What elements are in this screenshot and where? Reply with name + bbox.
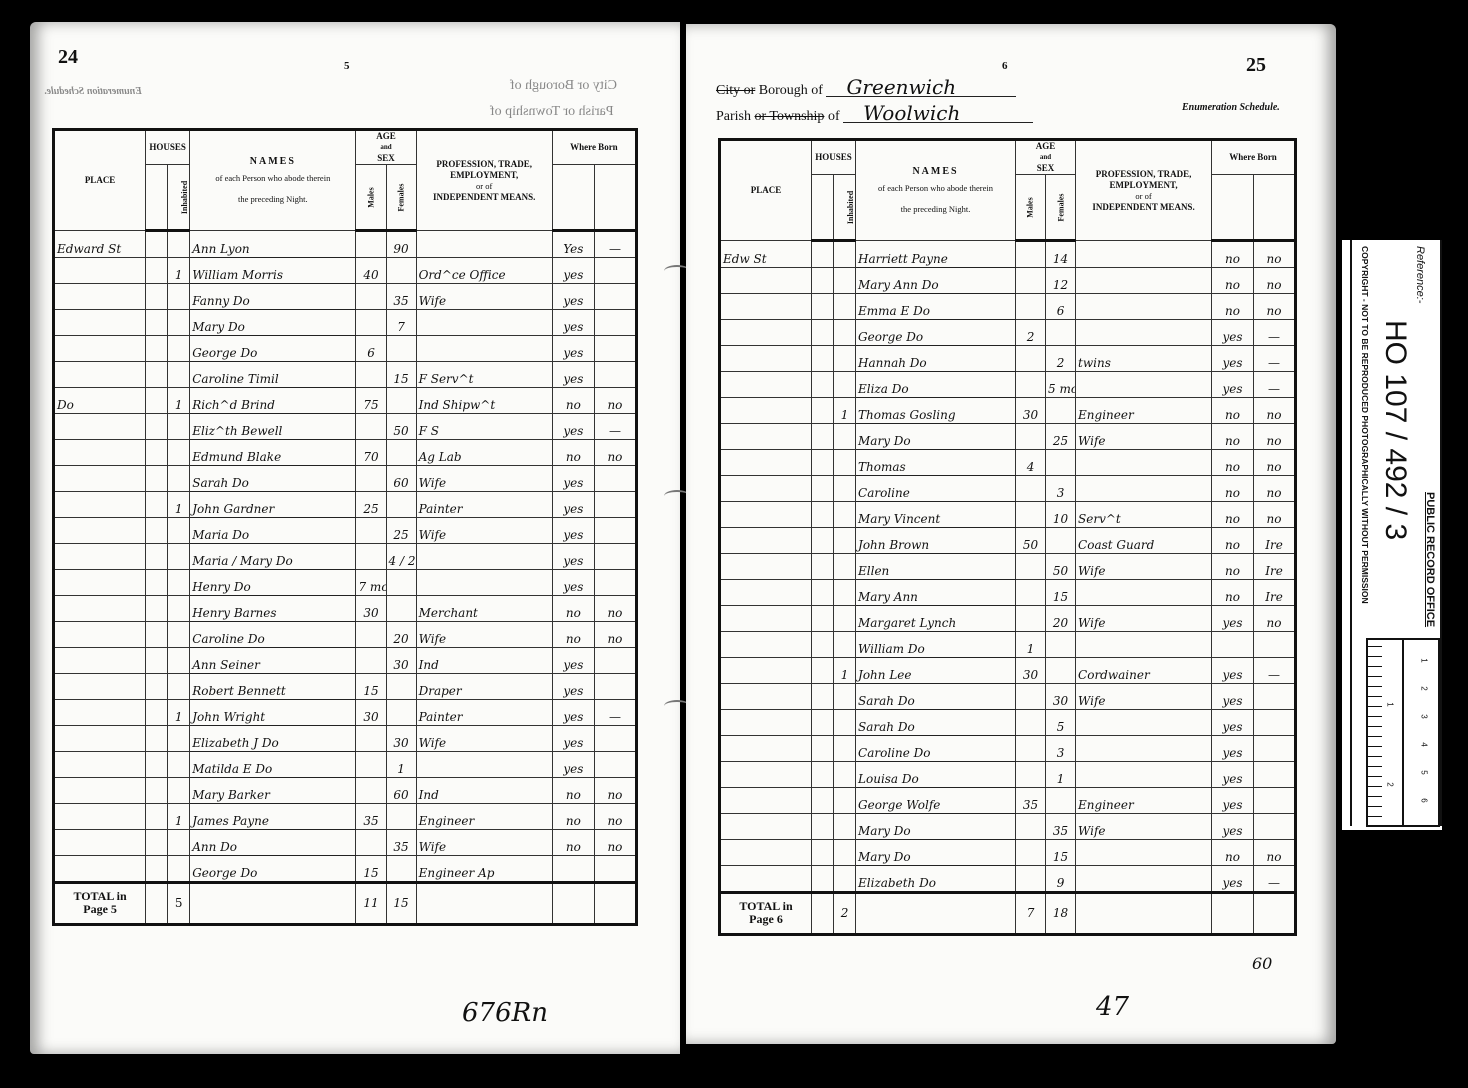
row-uninhabited — [812, 840, 834, 866]
col-males: Males — [356, 165, 386, 231]
row-profession — [1076, 580, 1212, 606]
row-name: Mary Do — [856, 424, 1016, 450]
names-sub1: of each Person who abode therein — [856, 183, 1015, 194]
row-females: 5 months — [1046, 372, 1076, 398]
row-inhabited — [168, 726, 190, 752]
row-females — [1046, 528, 1076, 554]
row-place — [54, 700, 146, 726]
row-profession: Wife — [416, 518, 552, 544]
names-sub1: of each Person who abode therein — [190, 173, 355, 184]
row-inhabited: 1 — [168, 804, 190, 830]
ruler-tick — [1368, 646, 1382, 647]
row-foreign: no — [1254, 398, 1296, 424]
row-foreign: no — [1254, 450, 1296, 476]
row-name: Ellen — [856, 554, 1016, 580]
profession-line2: EMPLOYMENT, — [417, 170, 552, 181]
row-profession — [416, 570, 552, 596]
row-males: 70 — [356, 440, 386, 466]
row-name: Ann Do — [190, 830, 356, 856]
row-place — [54, 726, 146, 752]
row-uninhabited — [812, 268, 834, 294]
row-foreign: — — [594, 700, 636, 726]
row-profession — [1076, 710, 1212, 736]
left-total-foreign-blank — [594, 883, 636, 925]
row-inhabited — [168, 856, 190, 883]
row-name: Elizabeth J Do — [190, 726, 356, 752]
row-same-county: yes — [552, 752, 594, 778]
row-females — [1046, 450, 1076, 476]
row-males — [1016, 476, 1046, 502]
row-foreign: no — [594, 622, 636, 648]
row-profession — [1076, 736, 1212, 762]
row-same-county: yes — [552, 726, 594, 752]
table-row: Sarah Do30Wifeyes — [720, 684, 1296, 710]
row-profession — [416, 310, 552, 336]
row-uninhabited — [146, 622, 168, 648]
row-place — [720, 294, 812, 320]
col-place: PLACE — [54, 130, 146, 231]
ruler-divider — [1402, 640, 1404, 825]
table-row: William Do1 — [720, 632, 1296, 658]
left-footnote: 676Rn — [462, 998, 548, 1028]
row-uninhabited — [812, 476, 834, 502]
row-females: 14 — [1046, 241, 1076, 268]
col-age-sex: AGE and SEX — [1016, 140, 1076, 175]
profession-line3: or of — [1076, 191, 1211, 202]
row-place — [54, 518, 146, 544]
row-females: 1 — [1046, 762, 1076, 788]
left-total-females: 15 — [386, 883, 416, 925]
right-total-prof-blank — [1076, 893, 1212, 935]
row-foreign: — — [594, 231, 636, 258]
row-place — [54, 752, 146, 778]
row-profession: Cordwainer — [1076, 658, 1212, 684]
parish-struck: or Township — [755, 109, 825, 124]
row-males: 30 — [1016, 658, 1046, 684]
row-females — [386, 570, 416, 596]
row-name: George Wolfe — [856, 788, 1016, 814]
row-uninhabited — [812, 814, 834, 840]
row-same-county: yes — [1212, 736, 1254, 762]
col-houses: HOUSES — [812, 140, 856, 175]
row-males: 6 — [356, 336, 386, 362]
row-profession: Wife — [416, 726, 552, 752]
row-males — [1016, 346, 1046, 372]
office-label: PUBLIC RECORD OFFICE — [1424, 492, 1436, 627]
row-profession: Ag Lab — [416, 440, 552, 466]
left-total-county-blank — [552, 883, 594, 925]
row-place — [720, 658, 812, 684]
row-inhabited — [834, 372, 856, 398]
row-foreign: no — [1254, 606, 1296, 632]
row-foreign — [594, 492, 636, 518]
row-inhabited: 1 — [834, 398, 856, 424]
ruler-tick — [1368, 736, 1382, 737]
row-name: Mary Do — [856, 840, 1016, 866]
col-profession: PROFESSION, TRADE, EMPLOYMENT, or of IND… — [1076, 140, 1212, 241]
row-same-county: yes — [1212, 372, 1254, 398]
row-males: 50 — [1016, 528, 1046, 554]
row-same-county: yes — [552, 700, 594, 726]
row-inhabited — [834, 476, 856, 502]
row-same-county: yes — [552, 570, 594, 596]
table-row: 1John Lee30Cordwaineryes— — [720, 658, 1296, 684]
col-foreign: Whether Born in Scotland, Ireland, or Fo… — [1254, 175, 1296, 241]
females-label: Females — [1055, 193, 1066, 221]
row-inhabited — [168, 830, 190, 856]
left-parish-label: Parish or Township of — [490, 104, 614, 120]
row-uninhabited — [146, 596, 168, 622]
row-females — [386, 856, 416, 883]
row-females — [386, 804, 416, 830]
row-place — [720, 606, 812, 632]
row-inhabited — [834, 866, 856, 893]
col-inhabited: Inhabited — [168, 165, 190, 231]
row-name: John Gardner — [190, 492, 356, 518]
borough-struck: City or — [716, 83, 755, 98]
copyright-notice: COPYRIGHT - NOT TO BE REPRODUCED PHOTOGR… — [1360, 246, 1370, 604]
row-place — [720, 450, 812, 476]
row-same-county: no — [1212, 554, 1254, 580]
row-name: Robert Bennett — [190, 674, 356, 700]
row-name: Ann Lyon — [190, 231, 356, 258]
row-inhabited: 1 — [168, 258, 190, 284]
row-females — [1046, 788, 1076, 814]
right-total-county-blank — [1212, 893, 1254, 935]
row-place — [720, 632, 812, 658]
row-same-county: no — [1212, 528, 1254, 554]
row-inhabited — [834, 580, 856, 606]
row-males — [1016, 866, 1046, 893]
names-sub2: the preceding Night. — [856, 204, 1015, 215]
row-same-county: yes — [1212, 866, 1254, 893]
row-place — [54, 570, 146, 596]
ruler-inch-label: 1 — [1386, 702, 1395, 706]
row-inhabited — [834, 710, 856, 736]
row-place — [54, 622, 146, 648]
ruler-tick — [1368, 806, 1382, 807]
row-profession: Engineer — [1076, 788, 1212, 814]
row-inhabited — [168, 336, 190, 362]
row-uninhabited — [146, 492, 168, 518]
table-row: 1John Gardner25Painteryes — [54, 492, 637, 518]
row-name: Henry Do — [190, 570, 356, 596]
row-profession — [1076, 762, 1212, 788]
table-row: Sarah Do60Wifeyes — [54, 466, 637, 492]
row-females: 25 — [1046, 424, 1076, 450]
row-inhabited — [834, 294, 856, 320]
right-total-names-blank — [856, 893, 1016, 935]
row-females: 30 — [386, 726, 416, 752]
row-uninhabited — [146, 856, 168, 883]
row-same-county: yes — [1212, 710, 1254, 736]
reference-code: HO 107 / 492 / 3 — [1378, 320, 1412, 540]
row-foreign: no — [1254, 241, 1296, 268]
row-name: Eliz^th Bewell — [190, 414, 356, 440]
row-name: Edmund Blake — [190, 440, 356, 466]
row-inhabited — [834, 632, 856, 658]
row-same-county: yes — [552, 648, 594, 674]
row-uninhabited — [146, 830, 168, 856]
males-label: Males — [366, 187, 377, 207]
ruler-tick — [1368, 666, 1382, 667]
table-row: Mary Ann Do12nono — [720, 268, 1296, 294]
row-uninhabited — [812, 294, 834, 320]
col-uninhabited: Uninhabited or Building — [146, 165, 168, 231]
row-inhabited — [168, 778, 190, 804]
row-males: 1 — [1016, 632, 1046, 658]
row-place — [54, 362, 146, 388]
row-place — [54, 440, 146, 466]
row-males: 2 — [1016, 320, 1046, 346]
row-foreign — [594, 258, 636, 284]
row-place — [720, 788, 812, 814]
left-schedule-page: 5 — [344, 60, 350, 72]
col-place: PLACE — [720, 140, 812, 241]
right-total-row: TOTAL inPage 6 2 7 18 — [720, 893, 1296, 935]
row-males: 30 — [356, 596, 386, 622]
table-row: Louisa Do1yes — [720, 762, 1296, 788]
parish-of: of — [828, 109, 840, 124]
row-name: Hannah Do — [856, 346, 1016, 372]
row-profession: Wife — [1076, 554, 1212, 580]
row-uninhabited — [146, 336, 168, 362]
row-males: 4 — [1016, 450, 1046, 476]
row-same-county: yes — [1212, 788, 1254, 814]
row-profession — [416, 752, 552, 778]
row-males: 35 — [356, 804, 386, 830]
table-row: Eliz^th Bewell50F Syes— — [54, 414, 637, 440]
reference-card: Reference:- HO 107 / 492 / 3 PUBLIC RECO… — [1342, 240, 1442, 830]
row-place — [720, 814, 812, 840]
row-same-county: no — [552, 804, 594, 830]
row-females: 9 — [1046, 866, 1076, 893]
row-foreign: no — [1254, 840, 1296, 866]
row-same-county: yes — [552, 336, 594, 362]
row-uninhabited — [146, 440, 168, 466]
row-profession: Wife — [1076, 684, 1212, 710]
row-inhabited: 1 — [168, 388, 190, 414]
row-profession: twins — [1076, 346, 1212, 372]
row-name: Emma E Do — [856, 294, 1016, 320]
table-row: Fanny Do35Wifeyes — [54, 284, 637, 310]
row-males — [1016, 554, 1046, 580]
row-uninhabited — [812, 554, 834, 580]
row-place — [54, 856, 146, 883]
row-uninhabited — [146, 231, 168, 258]
table-row: Edw StHarriett Payne14nono — [720, 241, 1296, 268]
row-foreign: — — [594, 414, 636, 440]
table-row: 1William Morris40Ord^ce Officeyes — [54, 258, 637, 284]
right-corner-mark: 60 — [1252, 954, 1272, 973]
row-foreign — [1254, 762, 1296, 788]
row-profession: Painter — [416, 492, 552, 518]
row-same-county: yes — [552, 674, 594, 700]
row-foreign — [1254, 736, 1296, 762]
row-place — [54, 466, 146, 492]
row-inhabited — [168, 544, 190, 570]
row-foreign — [594, 336, 636, 362]
row-females: 60 — [386, 778, 416, 804]
row-name: Matilda E Do — [190, 752, 356, 778]
right-table-body: Edw StHarriett Payne14nonoMary Ann Do12n… — [720, 241, 1296, 893]
ruler-tick — [1368, 776, 1382, 777]
col-same-county: Whether Born in same County — [552, 165, 594, 231]
right-census-table: PLACE HOUSES NAMES of each Person who ab… — [718, 138, 1297, 936]
row-females — [386, 596, 416, 622]
row-uninhabited — [146, 414, 168, 440]
row-name: John Lee — [856, 658, 1016, 684]
table-row: Mary Do25Wifenono — [720, 424, 1296, 450]
row-foreign: — — [1254, 658, 1296, 684]
row-males — [356, 466, 386, 492]
row-name: Caroline — [856, 476, 1016, 502]
right-total-inhabited: 2 — [834, 893, 856, 935]
row-males: 15 — [356, 856, 386, 883]
row-inhabited: 1 — [168, 492, 190, 518]
row-uninhabited — [812, 736, 834, 762]
ruler-tick — [1368, 716, 1382, 717]
row-uninhabited — [146, 518, 168, 544]
row-foreign — [1254, 710, 1296, 736]
row-males — [356, 310, 386, 336]
age-title: AGE — [356, 131, 415, 142]
ruler-tick — [1368, 726, 1382, 727]
row-same-county: yes — [552, 466, 594, 492]
row-inhabited — [168, 231, 190, 258]
row-uninhabited — [146, 544, 168, 570]
left-total-prof-blank — [416, 883, 552, 925]
row-inhabited — [168, 648, 190, 674]
row-name: Harriett Payne — [856, 241, 1016, 268]
col-houses: HOUSES — [146, 130, 190, 165]
table-row: Emma E Do6nono — [720, 294, 1296, 320]
table-row: Robert Bennett15Draperyes — [54, 674, 637, 700]
row-place — [54, 674, 146, 700]
row-place — [54, 414, 146, 440]
row-females: 90 — [386, 231, 416, 258]
age-and: and — [356, 142, 415, 153]
row-name: Caroline Do — [190, 622, 356, 648]
row-uninhabited — [146, 778, 168, 804]
ruler-tick — [1368, 786, 1382, 787]
row-uninhabited — [146, 752, 168, 778]
left-total-males: 11 — [356, 883, 386, 925]
row-inhabited — [834, 840, 856, 866]
right-total-males: 7 — [1016, 893, 1046, 935]
row-foreign: Ire — [1254, 554, 1296, 580]
row-profession: Wife — [1076, 606, 1212, 632]
row-profession: Wife — [416, 284, 552, 310]
profession-line4: INDEPENDENT MEANS. — [417, 192, 552, 203]
row-foreign: Ire — [1254, 528, 1296, 554]
row-place — [54, 258, 146, 284]
row-place — [54, 778, 146, 804]
row-inhabited — [834, 241, 856, 268]
row-profession: Wife — [416, 466, 552, 492]
row-profession: Painter — [416, 700, 552, 726]
row-inhabited — [834, 424, 856, 450]
row-inhabited — [168, 674, 190, 700]
row-uninhabited — [812, 684, 834, 710]
row-same-county: no — [1212, 241, 1254, 268]
row-uninhabited — [812, 424, 834, 450]
row-foreign: no — [594, 596, 636, 622]
col-inhabited: Inhabited — [834, 175, 856, 241]
row-males — [1016, 762, 1046, 788]
row-foreign — [594, 648, 636, 674]
row-inhabited — [168, 596, 190, 622]
row-females — [1046, 320, 1076, 346]
table-row: 1John Wright30Painteryes— — [54, 700, 637, 726]
row-males: 30 — [356, 700, 386, 726]
row-profession — [416, 544, 552, 570]
row-name: Rich^d Brind — [190, 388, 356, 414]
ruler-cm-label: 5 — [1420, 770, 1429, 774]
row-name: George Do — [856, 320, 1016, 346]
row-same-county: no — [1212, 502, 1254, 528]
row-same-county: yes — [1212, 684, 1254, 710]
ruler-tick — [1368, 706, 1382, 707]
row-females: 10 — [1046, 502, 1076, 528]
row-place — [720, 424, 812, 450]
row-foreign: — — [1254, 866, 1296, 893]
row-name: Mary Ann Do — [856, 268, 1016, 294]
profession-line1: PROFESSION, TRADE, — [417, 159, 552, 170]
row-foreign — [1254, 684, 1296, 710]
row-uninhabited — [812, 866, 834, 893]
age-and: and — [1016, 152, 1075, 163]
males-label: Males — [1025, 197, 1036, 217]
left-enumeration-label: Enumeration Schedule. — [44, 86, 142, 97]
table-row: Mary Do15nono — [720, 840, 1296, 866]
table-row: Margaret Lynch20Wifeyesno — [720, 606, 1296, 632]
row-foreign — [1254, 788, 1296, 814]
row-foreign — [594, 674, 636, 700]
row-name: George Do — [190, 336, 356, 362]
row-inhabited — [168, 570, 190, 596]
row-inhabited — [168, 752, 190, 778]
table-row: Elizabeth Do9yes— — [720, 866, 1296, 893]
row-females: 15 — [386, 362, 416, 388]
right-total-label: TOTAL inPage 6 — [720, 893, 812, 935]
row-males — [356, 544, 386, 570]
row-same-county: yes — [552, 414, 594, 440]
row-same-county: yes — [552, 544, 594, 570]
row-foreign — [594, 310, 636, 336]
row-males — [356, 622, 386, 648]
row-name: Ann Seiner — [190, 648, 356, 674]
ruler-tick — [1368, 696, 1382, 697]
row-uninhabited — [812, 710, 834, 736]
table-row: Matilda E Do1yes — [54, 752, 637, 778]
row-males — [356, 362, 386, 388]
row-place — [720, 476, 812, 502]
row-profession: Ind — [416, 648, 552, 674]
table-row: Mary Barker60Indnono — [54, 778, 637, 804]
row-profession: Wife — [1076, 424, 1212, 450]
row-inhabited — [168, 440, 190, 466]
row-name: George Do — [190, 856, 356, 883]
row-uninhabited — [146, 674, 168, 700]
row-foreign: no — [594, 804, 636, 830]
ruler-tick — [1368, 796, 1382, 797]
row-inhabited — [834, 684, 856, 710]
age-sex: SEX — [356, 153, 415, 164]
row-same-county — [552, 856, 594, 883]
row-inhabited — [834, 502, 856, 528]
table-row: 1James Payne35Engineernono — [54, 804, 637, 830]
